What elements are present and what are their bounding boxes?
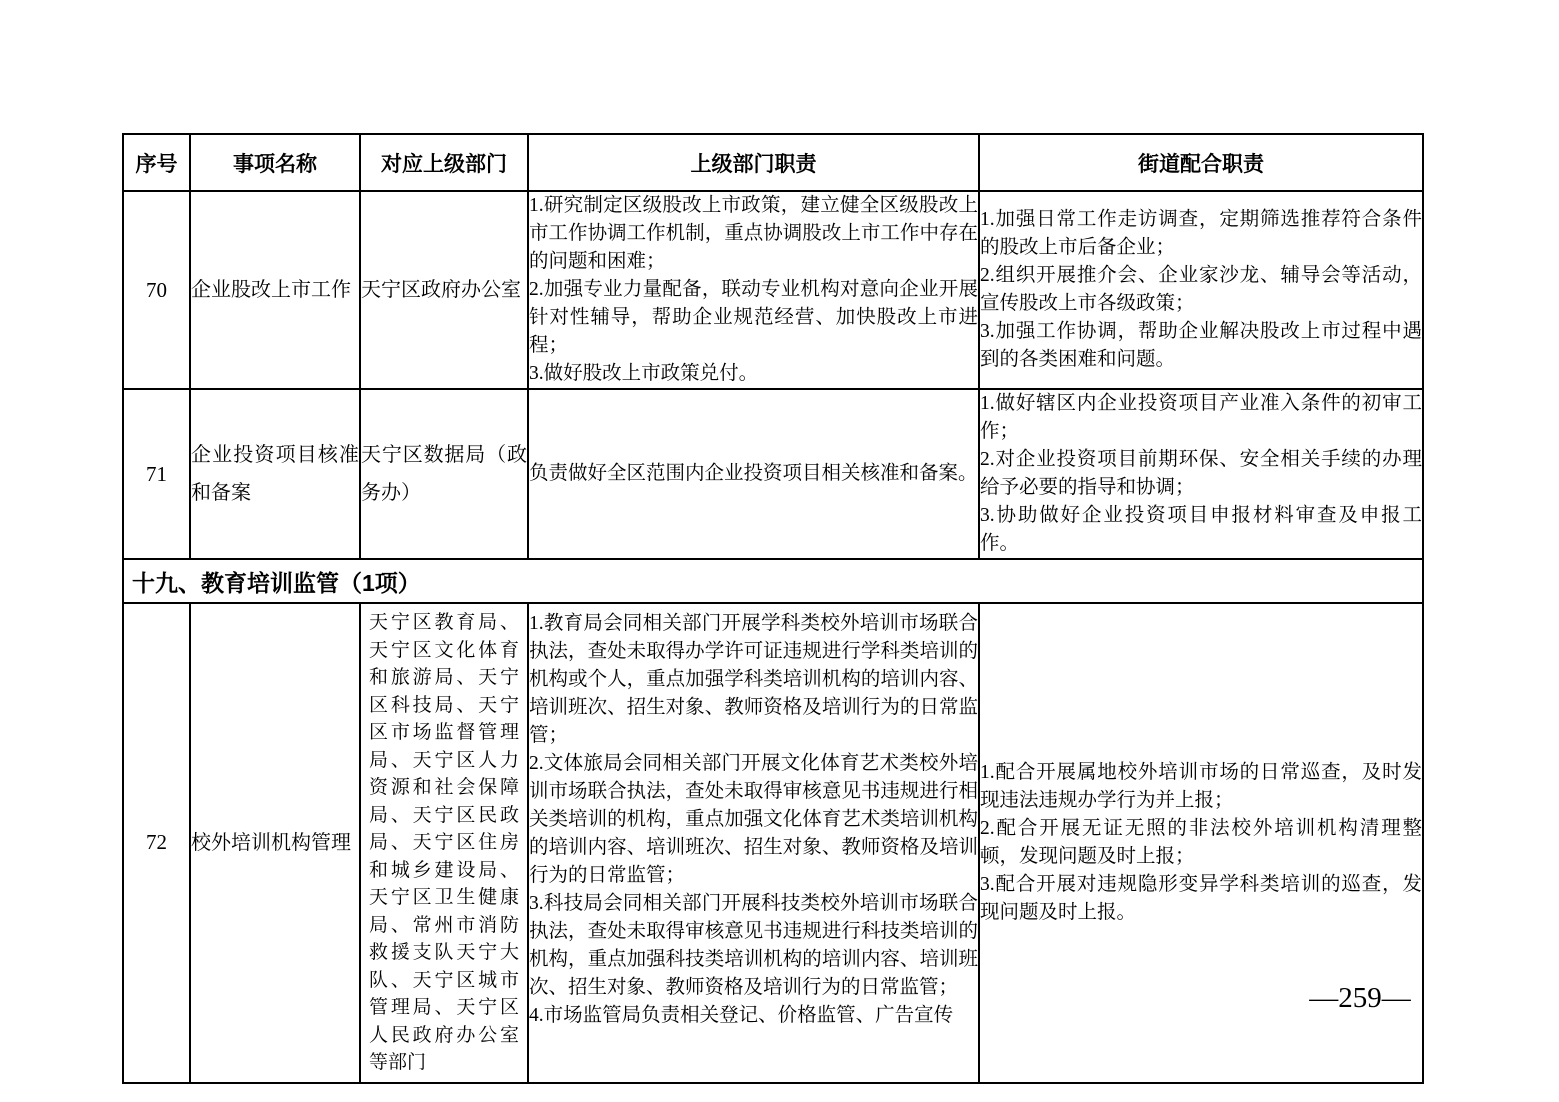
section-header: 十九、教育培训监管（1项）: [123, 559, 1423, 603]
duty-item: 2.文体旅局会同相关部门开展文化体育艺术类校外培训市场联合执法，查处未取得审核意…: [529, 750, 978, 890]
column-header-street-duties: 街道配合职责: [979, 134, 1423, 191]
duty-item: 1.教育局会同相关部门开展学科类校外培训市场联合执法，查处未取得办学许可证违规进…: [529, 610, 978, 750]
cell-seq: 70: [123, 191, 190, 389]
cell-superior-department: 天宁区教育局、天宁区文化体育和旅游局、天宁区科技局、天宁区市场监督管理局、天宁区…: [360, 603, 528, 1083]
duty-item: 3.做好股改上市政策兑付。: [529, 360, 978, 388]
duty-item: 3.科技局会同相关部门开展科技类校外培训市场联合执法，查处未取得审核意见书违规进…: [529, 890, 978, 1002]
cell-seq: 71: [123, 389, 190, 559]
cell-superior-duties: 负责做好全区范围内企业投资项目相关核准和备案。: [528, 389, 979, 559]
cell-superior-duties: 1.研究制定区级股改上市政策，建立健全区级股改上市工作协调工作机制，重点协调股改…: [528, 191, 979, 389]
cell-superior-department: 天宁区政府办公室: [360, 191, 528, 389]
duty-item: 负责做好全区范围内企业投资项目相关核准和备案。: [529, 460, 978, 488]
table-row-72: 72 校外培训机构管理 天宁区教育局、天宁区文化体育和旅游局、天宁区科技局、天宁…: [123, 603, 1423, 1083]
duty-item: 1.配合开展属地校外培训市场的日常巡查，及时发现违法违规办学行为并上报；: [980, 759, 1422, 815]
duty-item: 3.配合开展对违规隐形变异学科类培训的巡查，发现问题及时上报。: [980, 871, 1422, 927]
duty-item: 3.协助做好企业投资项目申报材料审查及申报工作。: [980, 502, 1422, 558]
cell-item-name: 企业股改上市工作: [190, 191, 360, 389]
duty-item: 2.加强专业力量配备，联动专业机构对意向企业开展针对性辅导，帮助企业规范经营、加…: [529, 276, 978, 360]
cell-item-name: 校外培训机构管理: [190, 603, 360, 1083]
duty-item: 3.加强工作协调，帮助企业解决股改上市过程中遇到的各类困难和问题。: [980, 318, 1422, 374]
cell-item-name: 企业投资项目核准和备案: [190, 389, 360, 559]
duty-item: 2.对企业投资项目前期环保、安全相关手续的办理给予必要的指导和协调；: [980, 446, 1422, 502]
column-header-item-name: 事项名称: [190, 134, 360, 191]
responsibility-table: 序号 事项名称 对应上级部门 上级部门职责 街道配合职责 70 企业股改上市工作…: [122, 133, 1424, 1084]
page-number: —259—: [1290, 982, 1430, 1015]
duty-item: 4.市场监管局负责相关登记、价格监管、广告宣传: [529, 1002, 978, 1030]
table-row-70: 70 企业股改上市工作 天宁区政府办公室 1.研究制定区级股改上市政策，建立健全…: [123, 191, 1423, 389]
column-header-superior-duties: 上级部门职责: [528, 134, 979, 191]
duty-item: 2.配合开展无证无照的非法校外培训机构清理整顿，发现问题及时上报；: [980, 815, 1422, 871]
duty-item: 1.做好辖区内企业投资项目产业准入条件的初审工作；: [980, 390, 1422, 446]
duty-item: 1.加强日常工作走访调查，定期筛选推荐符合条件的股改上市后备企业；: [980, 206, 1422, 262]
cell-street-duties: 1.做好辖区内企业投资项目产业准入条件的初审工作；2.对企业投资项目前期环保、安…: [979, 389, 1423, 559]
document-page: 序号 事项名称 对应上级部门 上级部门职责 街道配合职责 70 企业股改上市工作…: [0, 0, 1559, 1102]
section-header-row: 十九、教育培训监管（1项）: [123, 559, 1423, 603]
column-header-superior-department: 对应上级部门: [360, 134, 528, 191]
column-header-seq: 序号: [123, 134, 190, 191]
cell-seq: 72: [123, 603, 190, 1083]
table-row-71: 71 企业投资项目核准和备案 天宁区数据局（政务办） 负责做好全区范围内企业投资…: [123, 389, 1423, 559]
cell-street-duties: 1.加强日常工作走访调查，定期筛选推荐符合条件的股改上市后备企业；2.组织开展推…: [979, 191, 1423, 389]
cell-superior-duties: 1.教育局会同相关部门开展学科类校外培训市场联合执法，查处未取得办学许可证违规进…: [528, 603, 979, 1083]
duty-item: 1.研究制定区级股改上市政策，建立健全区级股改上市工作协调工作机制，重点协调股改…: [529, 192, 978, 276]
duty-item: 2.组织开展推介会、企业家沙龙、辅导会等活动，宣传股改上市各级政策；: [980, 262, 1422, 318]
table-header-row: 序号 事项名称 对应上级部门 上级部门职责 街道配合职责: [123, 134, 1423, 191]
cell-superior-department: 天宁区数据局（政务办）: [360, 389, 528, 559]
